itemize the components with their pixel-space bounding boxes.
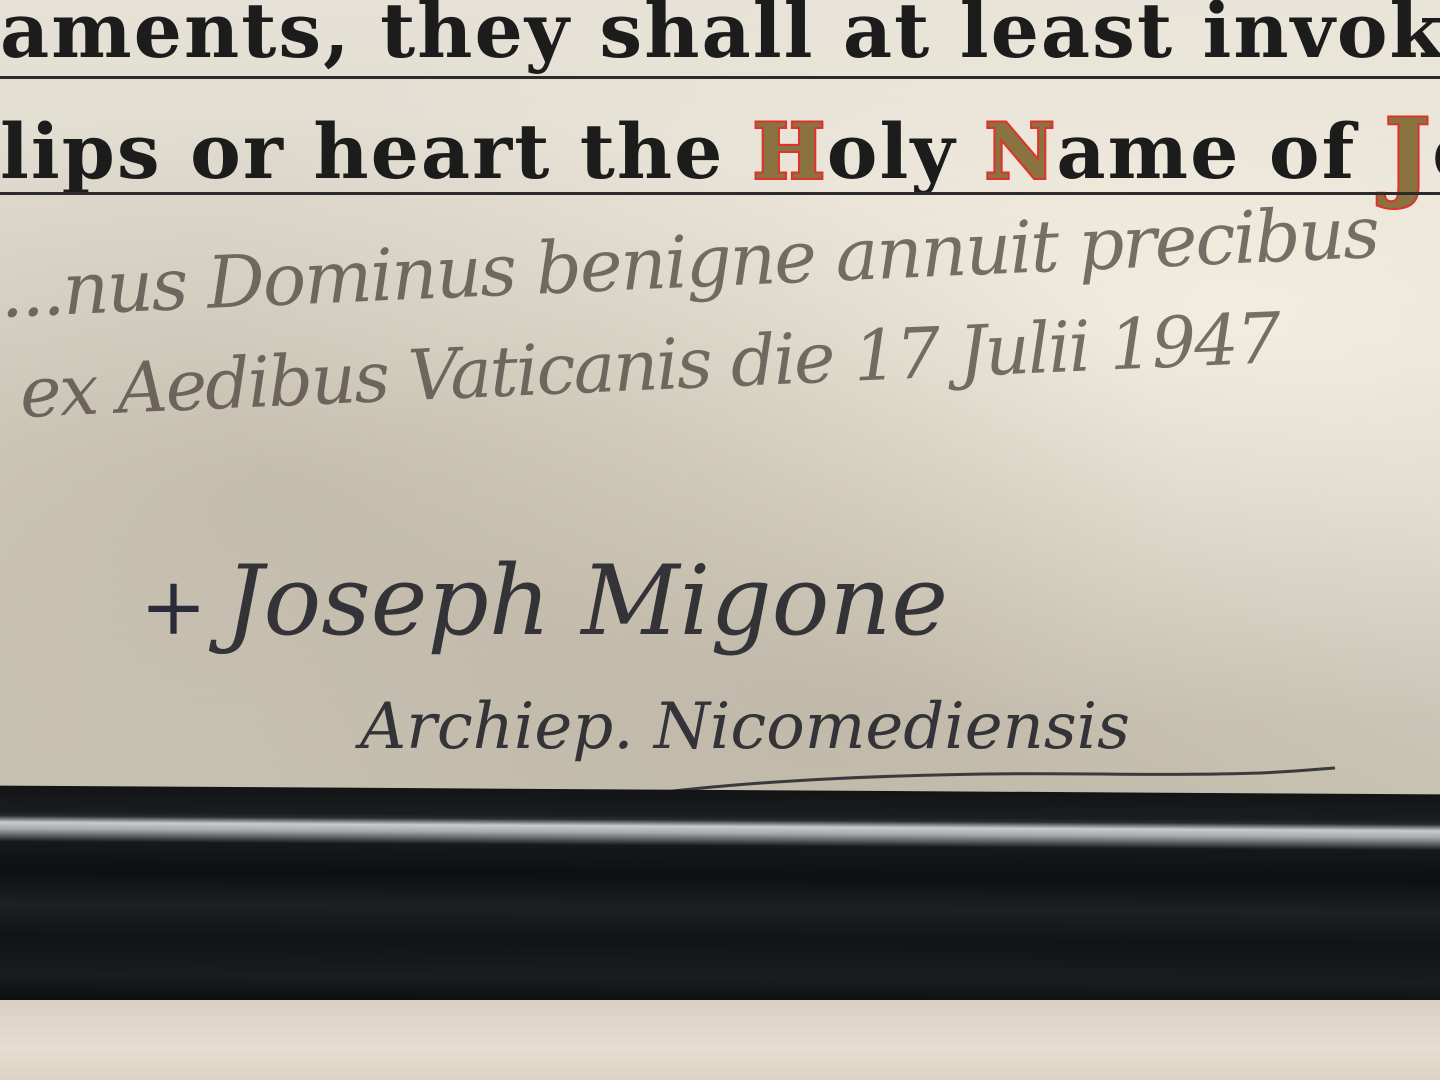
document-paper: aments, they shall at least invoke w lip… [0,0,1440,800]
picture-frame [0,786,1440,1010]
ruled-line-1 [0,76,1440,79]
wall-background [0,1000,1440,1080]
printed-text: ame of [1056,107,1384,196]
signature-title: Archiep. Nicomediensis [360,690,1130,764]
signature-name: Joseph Migone [225,545,948,657]
episcopal-cross-icon: + [140,560,207,653]
illuminated-initial-n: N [985,107,1056,196]
printed-line-1: aments, they shall at least invoke w [0,0,1440,75]
illuminated-initial-h: H [753,107,827,196]
ruled-line-2 [0,192,1440,195]
printed-text: oly [827,107,985,196]
printed-text: lips or heart the [0,107,753,196]
printed-text: es [1432,107,1440,196]
signature: +Joseph Migone [140,545,948,657]
